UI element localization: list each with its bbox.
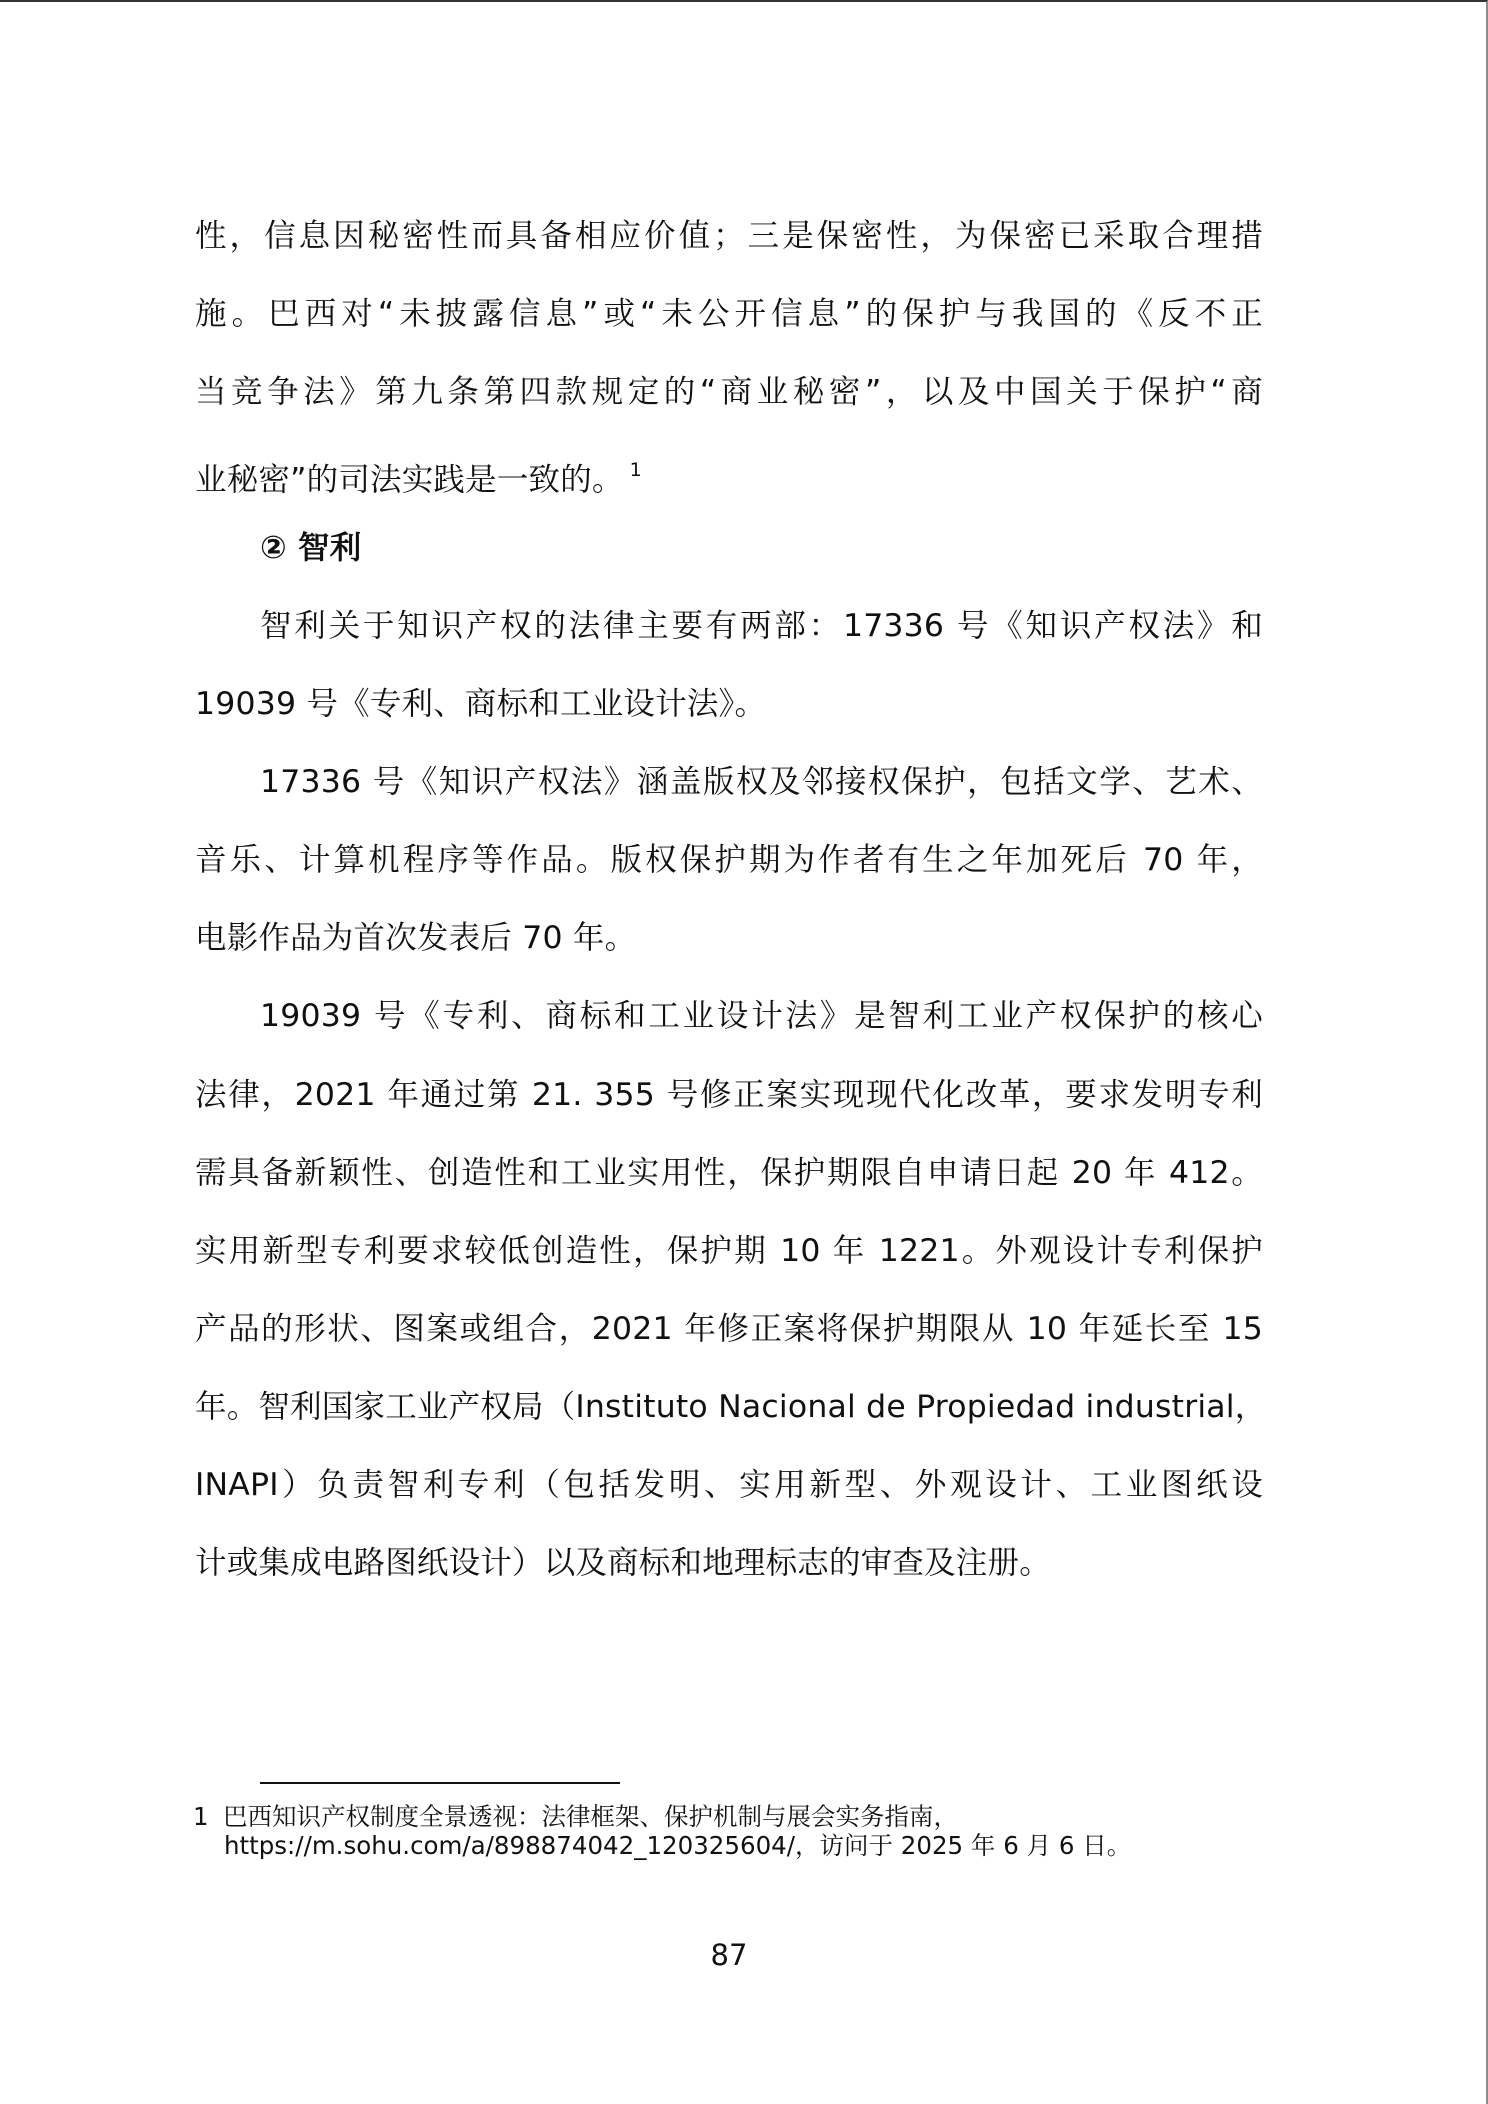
text-line: 17336 号《知识产权法》涵盖版权及邻接权保护，包括文学、艺术、	[195, 743, 1263, 821]
text-line-with-footnote: 业秘密”的司法实践是一致的。1	[195, 431, 1263, 509]
footnote-title: 巴西知识产权制度全景透视：法律框架、保护机制与展会实务指南，	[223, 1802, 958, 1831]
text-line: 19039 号《专利、商标和工业设计法》。	[195, 665, 1263, 743]
text-line: 智利关于知识产权的法律主要有两部：17336 号《知识产权法》和	[195, 587, 1263, 665]
footnote-url-line[interactable]: https://m.sohu.com/a/898874042_120325604…	[193, 1831, 1193, 1860]
footnote-reference[interactable]: 1	[630, 459, 642, 481]
text-line: 性，信息因秘密性而具备相应价值；三是保密性，为保密已采取合理措	[195, 197, 1263, 275]
text-line: 业秘密”的司法实践是一致的。	[195, 462, 624, 498]
text-line: 实用新型专利要求较低创造性，保护期 10 年 1221。外观设计专利保护	[195, 1212, 1263, 1290]
text-line: 施。巴西对“未披露信息”或“未公开信息”的保护与我国的《反不正	[195, 275, 1263, 353]
section-heading: ② 智利	[195, 509, 1263, 587]
footnote-number: 1	[193, 1802, 223, 1831]
text-line: 年。智利国家工业产权局（Instituto Nacional de Propie…	[195, 1368, 1263, 1446]
text-line: INAPI）负责智利专利（包括发明、实用新型、外观设计、工业图纸设	[195, 1446, 1263, 1524]
body-text: 性，信息因秘密性而具备相应价值；三是保密性，为保密已采取合理措 施。巴西对“未披…	[195, 197, 1263, 1602]
text-line: 产品的形状、图案或组合，2021 年修正案将保护期限从 10 年延长至 15	[195, 1290, 1263, 1368]
text-line: 电影作品为首次发表后 70 年。	[195, 899, 1263, 977]
document-page: 性，信息因秘密性而具备相应价值；三是保密性，为保密已采取合理措 施。巴西对“未披…	[0, 0, 1488, 2104]
text-line: 计或集成电路图纸设计）以及商标和地理标志的审查及注册。	[195, 1524, 1263, 1602]
footnote-line: 1巴西知识产权制度全景透视：法律框架、保护机制与展会实务指南，	[193, 1802, 1193, 1831]
text-line: 法律，2021 年通过第 21. 355 号修正案实现现代化改革，要求发明专利	[195, 1056, 1263, 1134]
page-number: 87	[0, 1938, 1458, 1972]
text-line: 需具备新颖性、创造性和工业实用性，保护期限自申请日起 20 年 412。	[195, 1134, 1263, 1212]
text-line: 音乐、计算机程序等作品。版权保护期为作者有生之年加死后 70 年，	[195, 821, 1263, 899]
text-line: 当竞争法》第九条第四款规定的“商业秘密”，以及中国关于保护“商	[195, 353, 1263, 431]
footnote: 1巴西知识产权制度全景透视：法律框架、保护机制与展会实务指南， https://…	[193, 1802, 1193, 1860]
text-line: 19039 号《专利、商标和工业设计法》是智利工业产权保护的核心	[195, 977, 1263, 1055]
footnote-separator	[260, 1782, 620, 1784]
